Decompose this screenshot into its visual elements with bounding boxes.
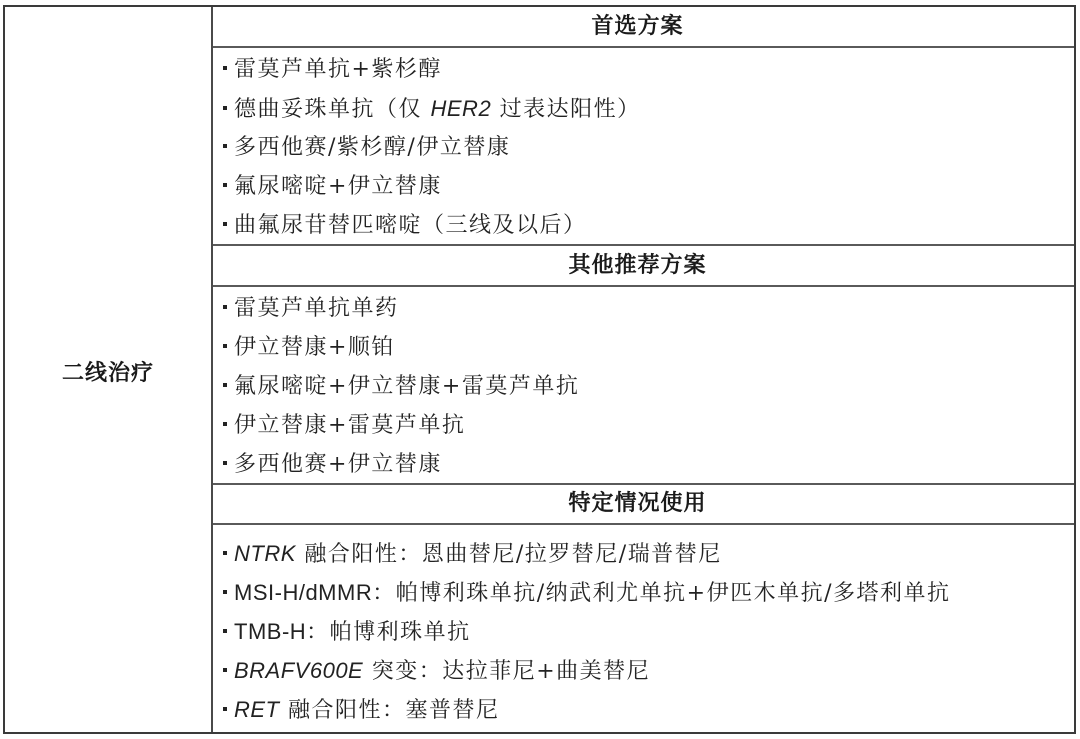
regimen-item: 雷莫芦单抗单药 [223, 293, 399, 325]
bullet-icon [223, 422, 227, 426]
regimen-item: TMB-H：帕博利珠单抗 [223, 616, 471, 648]
section-header-other: 其他推荐方案 [213, 246, 1074, 287]
regimen-text: 雷莫芦单抗单药 [234, 296, 399, 321]
section-body-specific: NTRK 融合阳性：恩曲替尼/拉罗替尼/瑞普替尼MSI-H/dMMR：帕博利珠单… [213, 525, 1074, 734]
bullet-icon [223, 551, 227, 555]
section-header-specific: 特定情况使用 [213, 485, 1074, 525]
regimen-text: 融合阳性：恩曲替尼/拉罗替尼/瑞普替尼 [296, 542, 722, 567]
biomarker-label: MSI-H/dMMR [234, 580, 372, 605]
regimen-item: 曲氟尿苷替匹嘧啶（三线及以后） [223, 210, 587, 242]
section-body-preferred: 雷莫芦单抗+紫杉醇德曲妥珠单抗（仅 HER2 过表达阳性）多西他赛/紫杉醇/伊立… [213, 48, 1074, 246]
section-title: 首选方案 [591, 14, 683, 39]
bullet-icon [223, 305, 227, 309]
section-title: 其他推荐方案 [568, 253, 706, 278]
regimen-text: 融合阳性：塞普替尼 [280, 698, 500, 723]
bullet-icon [223, 222, 227, 226]
regimen-item: 伊立替康+顺铂 [223, 332, 395, 364]
treatment-table: 二线治疗 首选方案 雷莫芦单抗+紫杉醇德曲妥珠单抗（仅 HER2 过表达阳性）多… [3, 5, 1076, 734]
row-label-cell: 二线治疗 [5, 7, 213, 732]
regimen-item: RET 融合阳性：塞普替尼 [223, 694, 500, 726]
section-title: 特定情况使用 [568, 491, 706, 516]
bullet-icon [223, 461, 227, 465]
bullet-icon [223, 629, 227, 633]
bullet-icon [223, 144, 227, 148]
bullet-icon [223, 344, 227, 348]
gene-marker: NTRK [234, 541, 296, 566]
regimen-item: 氟尿嘧啶+伊立替康 [223, 171, 442, 203]
regimen-item: 氟尿嘧啶+伊立替康+雷莫芦单抗 [223, 371, 579, 403]
regimen-item: 雷莫芦单抗+紫杉醇 [223, 54, 442, 86]
section-header-preferred: 首选方案 [213, 7, 1074, 48]
regimen-text: 伊立替康+雷莫芦单抗 [234, 413, 465, 438]
regimen-item: 多西他赛/紫杉醇/伊立替康 [223, 132, 510, 164]
regimen-text: 多西他赛/紫杉醇/伊立替康 [234, 135, 510, 160]
regimen-text: 氟尿嘧啶+伊立替康+雷莫芦单抗 [234, 374, 579, 399]
gene-marker: RET [234, 697, 280, 722]
bullet-icon [223, 668, 227, 672]
bullet-icon [223, 590, 227, 594]
bullet-icon [223, 106, 227, 110]
regimen-item: MSI-H/dMMR：帕博利珠单抗/纳武利尤单抗+伊匹木单抗/多塔利单抗 [223, 577, 950, 609]
regimen-column: 首选方案 雷莫芦单抗+紫杉醇德曲妥珠单抗（仅 HER2 过表达阳性）多西他赛/紫… [213, 7, 1074, 732]
regimen-item: 德曲妥珠单抗（仅 HER2 过表达阳性） [223, 93, 641, 125]
regimen-item: BRAFV600E 突变：达拉菲尼+曲美替尼 [223, 655, 650, 687]
regimen-text: 氟尿嘧啶+伊立替康 [234, 174, 442, 199]
regimen-item: NTRK 融合阳性：恩曲替尼/拉罗替尼/瑞普替尼 [223, 538, 722, 570]
section-body-other: 雷莫芦单抗单药伊立替康+顺铂氟尿嘧啶+伊立替康+雷莫芦单抗伊立替康+雷莫芦单抗多… [213, 287, 1074, 485]
regimen-text: 曲氟尿苷替匹嘧啶（三线及以后） [234, 213, 587, 238]
regimen-item: 伊立替康+雷莫芦单抗 [223, 410, 465, 442]
gene-marker: BRAFV600E [234, 658, 363, 683]
regimen-text: 突变：达拉菲尼+曲美替尼 [363, 659, 650, 684]
regimen-text: 雷莫芦单抗+紫杉醇 [234, 57, 442, 82]
bullet-icon [223, 383, 227, 387]
regimen-text: ：帕博利珠单抗/纳武利尤单抗+伊匹木单抗/多塔利单抗 [372, 581, 950, 606]
bullet-icon [223, 66, 227, 70]
gene-marker: HER2 [431, 96, 492, 121]
regimen-text: 多西他赛+伊立替康 [234, 452, 442, 477]
regimen-text: 伊立替康+顺铂 [234, 335, 395, 360]
regimen-text: 德曲妥珠单抗（仅 [234, 97, 431, 122]
biomarker-label: TMB-H [234, 619, 306, 644]
regimen-text: 过表达阳性） [491, 97, 641, 122]
bullet-icon [223, 183, 227, 187]
row-label: 二线治疗 [5, 356, 211, 387]
bullet-icon [223, 707, 227, 711]
regimen-item: 多西他赛+伊立替康 [223, 449, 442, 481]
regimen-text: ：帕博利珠单抗 [306, 620, 471, 645]
